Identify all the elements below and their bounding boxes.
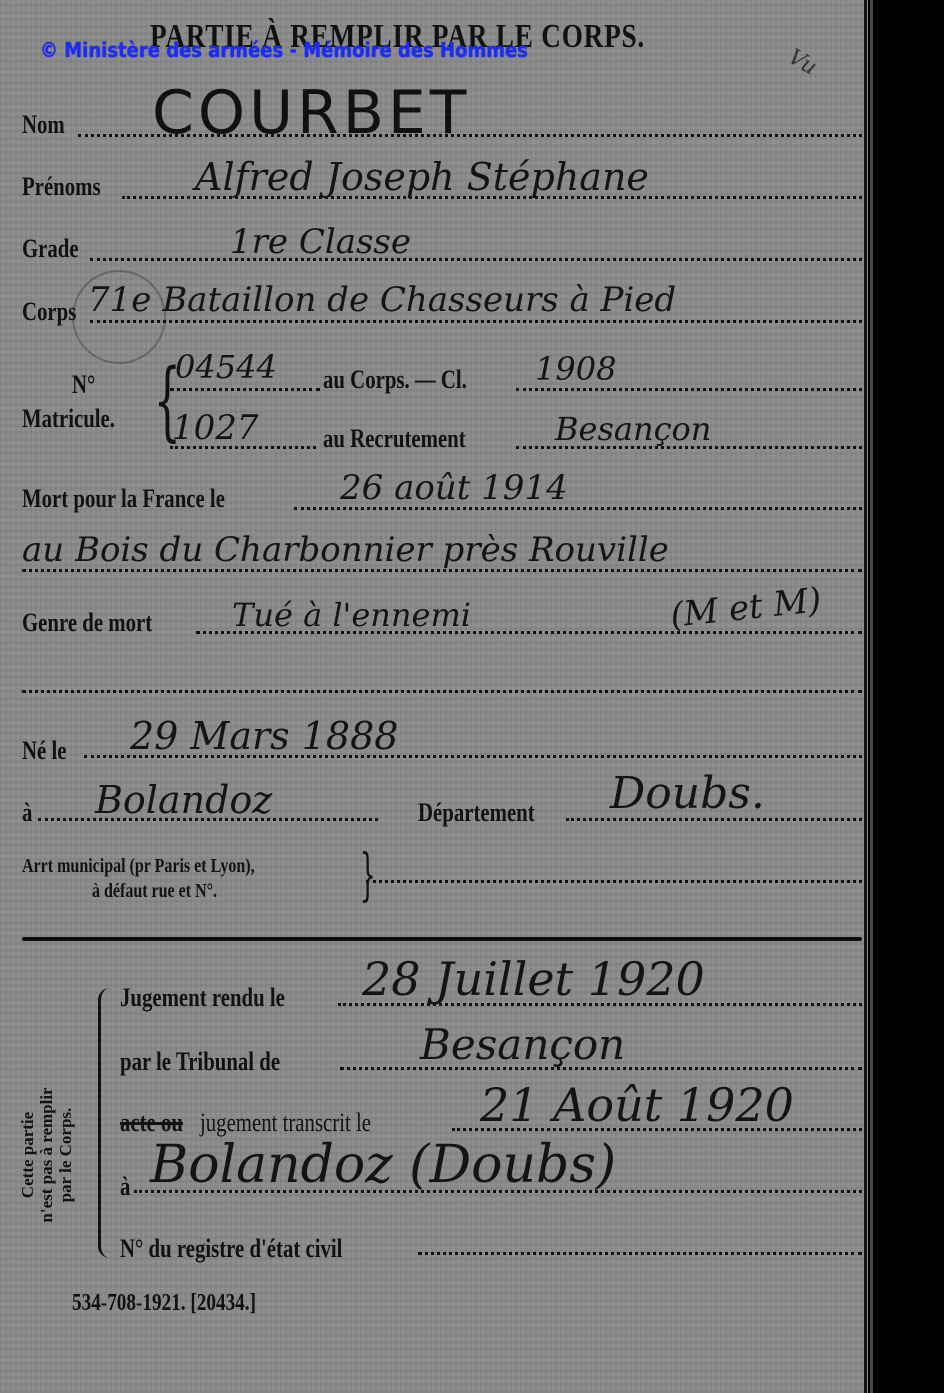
side-note-line-1: Cette partie	[18, 1060, 37, 1250]
au-corps-label: au Corps. — Cl.	[323, 365, 467, 395]
arrondissement-label-1: Arrt municipal (pr Paris et Lyon),	[22, 855, 255, 878]
nom-value: COURBET	[152, 78, 470, 148]
classe-line	[516, 388, 862, 391]
corps-number-line	[170, 388, 320, 391]
departement-value: Doubs.	[610, 768, 765, 819]
corps-label: Corps	[22, 297, 76, 327]
copyright-watermark: © Ministère des armées - Mémoire des Hom…	[40, 38, 528, 62]
jugement-label: Jugement rendu le	[120, 983, 285, 1013]
matricule-label: Matricule.	[22, 404, 115, 434]
card-edge-inner	[870, 0, 873, 1393]
grade-label: Grade	[22, 234, 79, 264]
prenoms-value: Alfred Joseph Stéphane	[195, 155, 649, 199]
arrondissement-label-2: à défaut rue et N°.	[92, 880, 217, 903]
nom-label: Nom	[22, 110, 65, 140]
registre-label: N° du registre d'état civil	[120, 1234, 342, 1264]
grade-value: 1re Classe	[230, 222, 411, 262]
prenoms-label: Prénoms	[22, 172, 101, 202]
recrutement-place-value: Besançon	[555, 410, 711, 448]
naissance-date-value: 29 Mars 1888	[130, 714, 398, 758]
lieu-value: Bolandoz (Doubs)	[150, 1135, 616, 1195]
grade-line	[90, 258, 862, 261]
print-reference: 534-708-1921. [20434.]	[72, 1290, 256, 1317]
mort-place-value: au Bois du Charbonnier près Rouville	[22, 530, 669, 570]
corps-value: 71e Bataillon de Chasseurs à Pied	[88, 280, 676, 320]
recrutement-number-value: 1027	[172, 408, 259, 448]
section-divider	[22, 937, 862, 941]
mort-label: Mort pour la France le	[22, 484, 225, 514]
corps-line	[90, 320, 862, 323]
transcrit-label: jugement transcrit le	[200, 1108, 371, 1138]
jugement-brace	[98, 988, 111, 1258]
transcrit-struck-label: acte ou	[120, 1108, 183, 1138]
blank-line	[22, 690, 862, 693]
genre-de-mort-label: Genre de mort	[22, 608, 152, 638]
lieu-prefix: à	[120, 1172, 130, 1202]
side-note-line-3: par le Corps.	[56, 1060, 75, 1250]
naissance-label: Né le	[22, 736, 66, 766]
tribunal-value: Besançon	[420, 1020, 625, 1069]
naissance-place-prefix: à	[22, 798, 32, 828]
arrondissement-line	[366, 880, 862, 883]
registre-line	[418, 1252, 862, 1255]
genre-de-mort-value: Tué à l'ennemi	[232, 596, 471, 634]
corps-number-value: 04544	[175, 348, 277, 386]
transcrit-value: 21 Août 1920	[480, 1078, 794, 1132]
card-edge	[864, 0, 867, 1393]
matricule-no-label: N°	[72, 370, 95, 400]
tribunal-label: par le Tribunal de	[120, 1047, 280, 1077]
mort-date-value: 26 août 1914	[340, 468, 568, 508]
side-note: Cette partie n'est pas à remplir par le …	[18, 1060, 75, 1250]
naissance-place-value: Bolandoz	[95, 778, 272, 822]
au-recrutement-label: au Recrutement	[323, 424, 466, 454]
jugement-value: 28 Juillet 1920	[362, 952, 705, 1006]
classe-value: 1908	[535, 350, 616, 388]
side-note-line-2: n'est pas à remplir	[37, 1060, 56, 1250]
arrondissement-brace: }	[360, 848, 376, 904]
departement-label: Département	[418, 798, 535, 828]
